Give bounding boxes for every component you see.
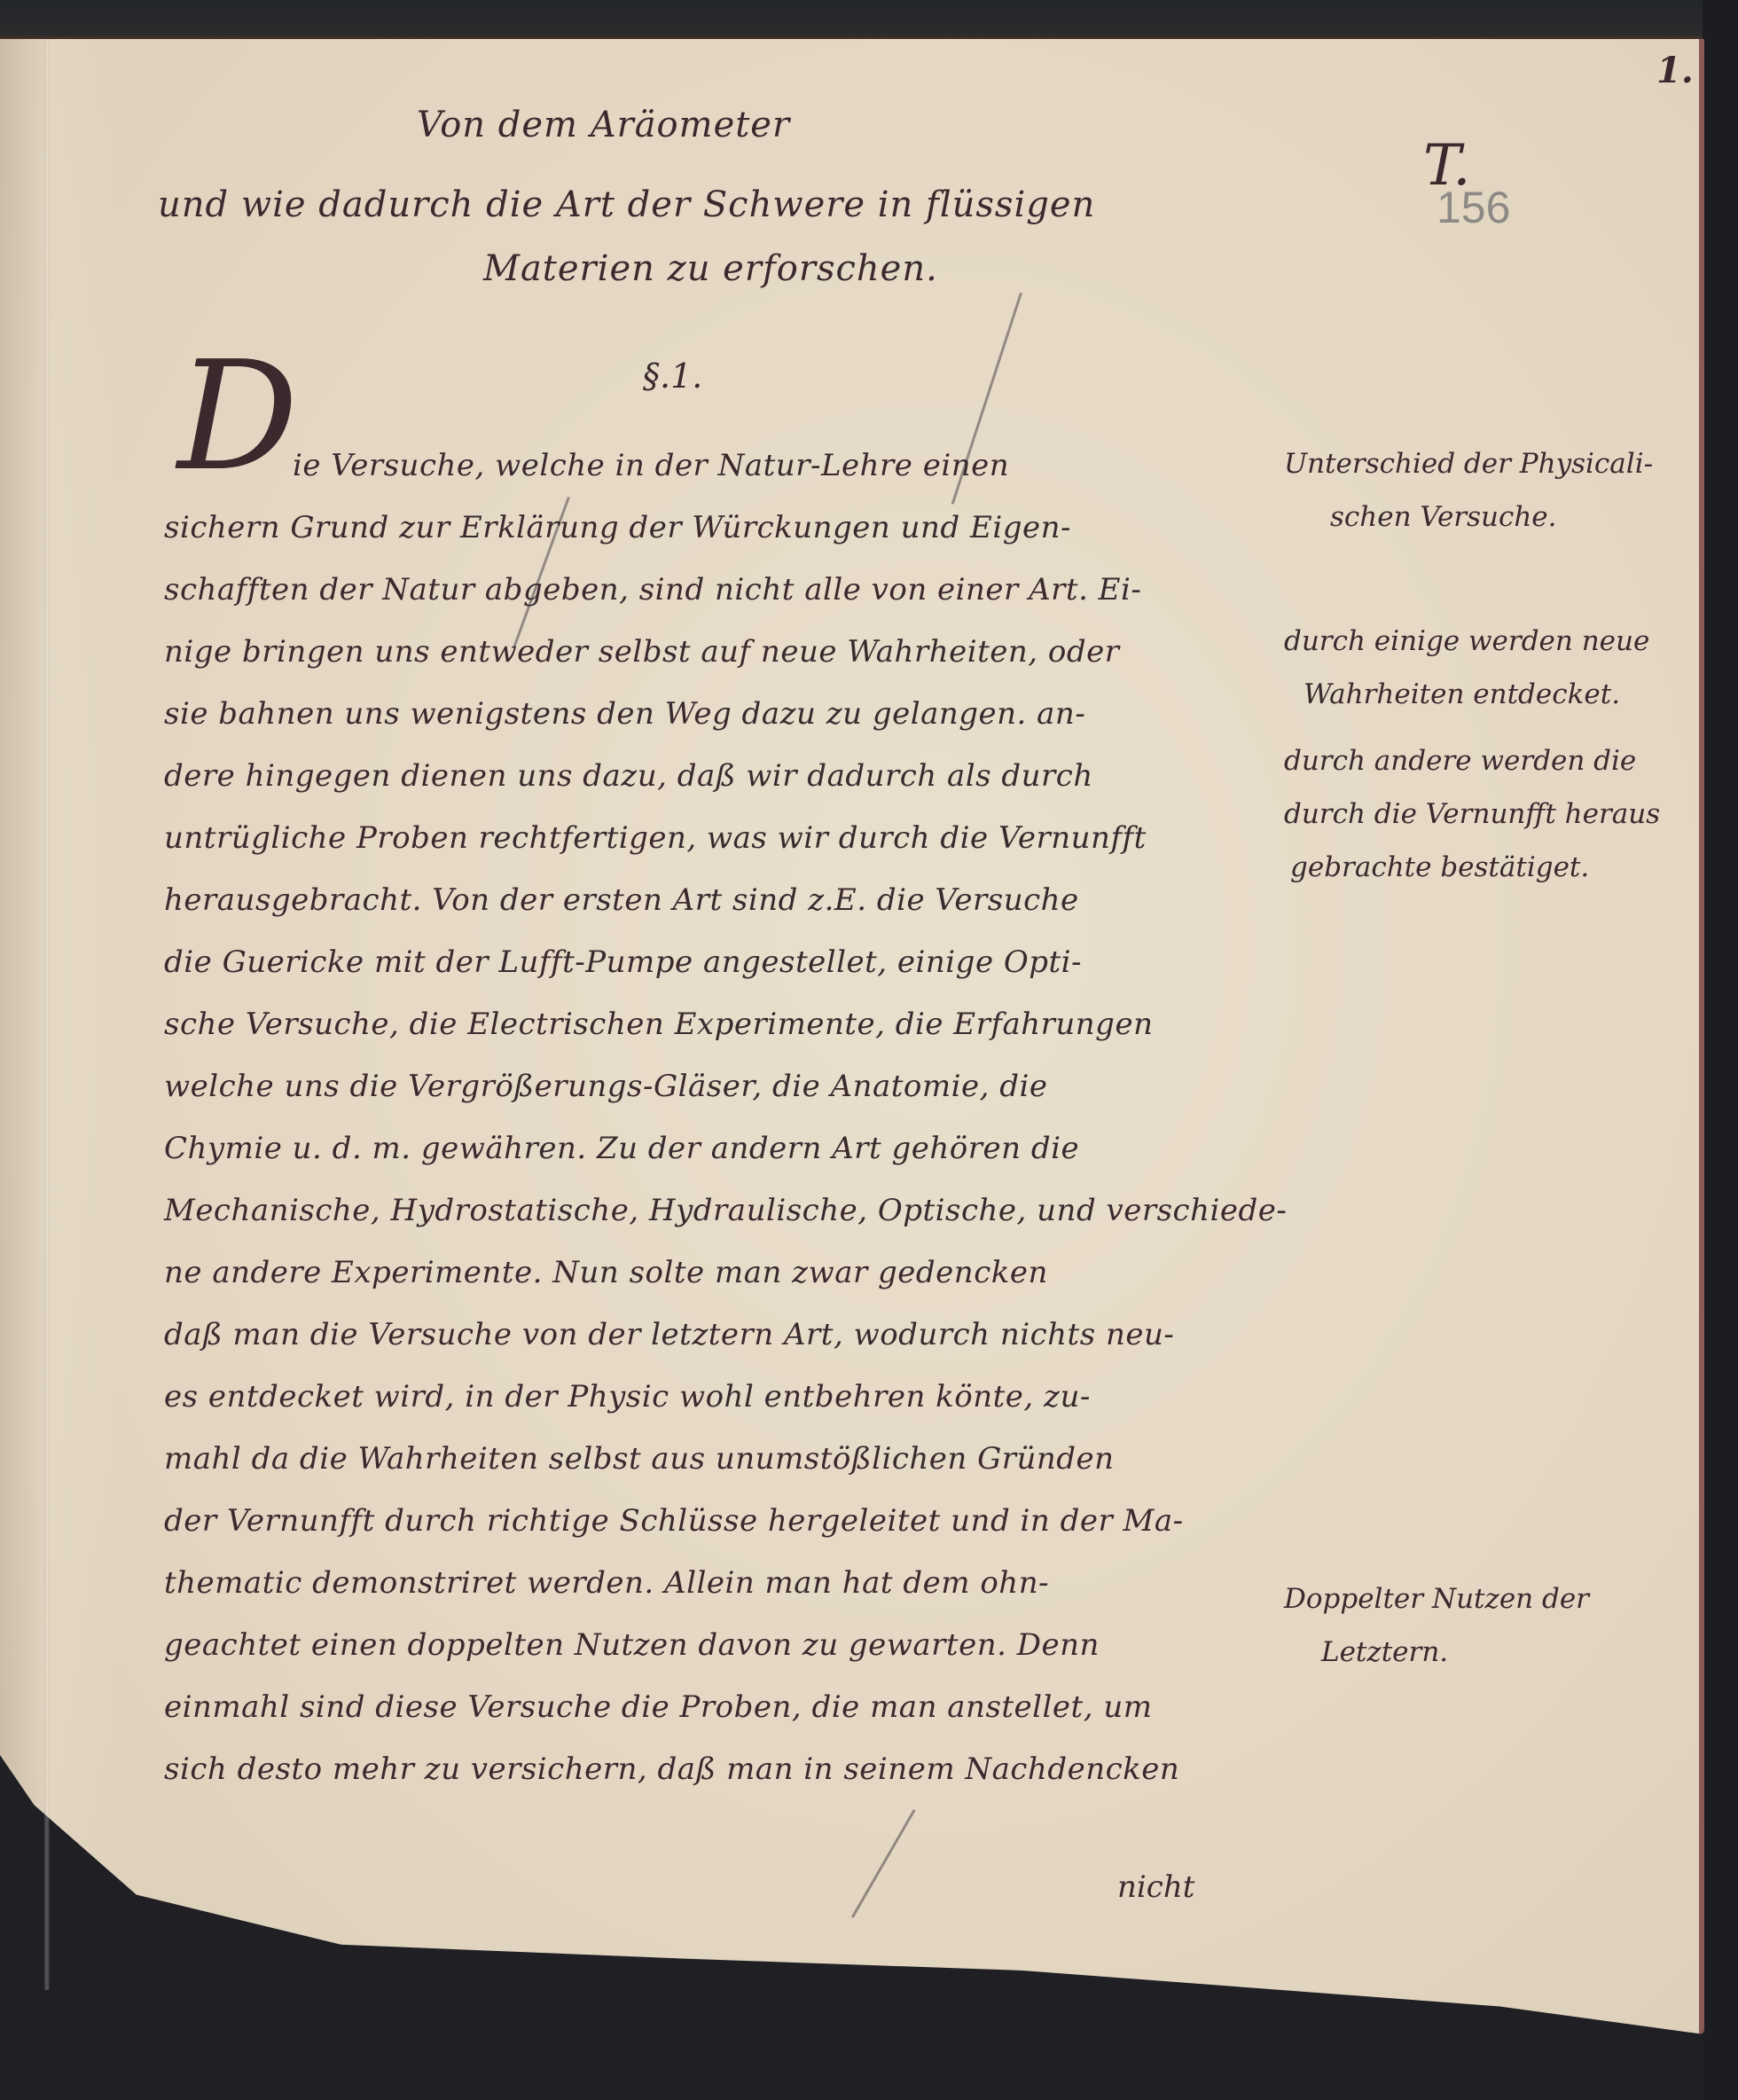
drop-cap: D	[177, 341, 298, 492]
margin-note-line: Doppelter Nutzen der	[1284, 1583, 1589, 1615]
margin-note-line: Wahrheiten entdecket.	[1303, 678, 1620, 710]
body-line: der Vernunfft durch richtige Schlüsse he…	[164, 1503, 1184, 1539]
folio-number: 1.	[1656, 50, 1694, 91]
margin-note-line: Letztern.	[1321, 1636, 1448, 1668]
body-line: sche Versuche, die Electrischen Experime…	[164, 1007, 1153, 1042]
body-line: sichern Grund zur Erklärung der Würckung…	[164, 510, 1071, 545]
body-line: welche uns die Vergrößerungs-Gläser, die…	[164, 1069, 1048, 1104]
body-line: mahl da die Wahrheiten selbst aus unumst…	[164, 1441, 1115, 1477]
body-line: es entdecket wird, in der Physic wohl en…	[164, 1379, 1091, 1414]
body-line: dere hingegen dienen uns dazu, daß wir d…	[164, 758, 1093, 794]
margin-note-line: durch andere werden die	[1284, 745, 1636, 777]
body-line: daß man die Versuche von der letztern Ar…	[164, 1317, 1174, 1352]
book-cover-top	[0, 0, 1738, 43]
body-line: geachtet einen doppelten Nutzen davon zu…	[164, 1627, 1100, 1663]
body-line: Chymie u. d. m. gewähren. Zu der andern …	[164, 1131, 1079, 1166]
body-line: ie Versuche, welche in der Natur-Lehre e…	[293, 448, 1009, 483]
manuscript-scan: 1. T. 156 Von dem Aräometer und wie dadu…	[0, 0, 1738, 2100]
body-line: untrügliche Proben rechtfertigen, was wi…	[164, 820, 1147, 856]
body-line: ne andere Experimente. Nun solte man zwa…	[164, 1255, 1048, 1290]
body-line: nige bringen uns entweder selbst auf neu…	[164, 634, 1120, 670]
body-line: herausgebracht. Von der ersten Art sind …	[164, 882, 1079, 918]
margin-note-line: durch einige werden neue	[1284, 625, 1649, 657]
body-line: Mechanische, Hydrostatische, Hydraulisch…	[164, 1193, 1287, 1228]
margin-note-line: Unterschied der Physicali-	[1284, 448, 1653, 480]
catchword: nicht	[1117, 1869, 1194, 1905]
section-marker: §.1.	[643, 357, 702, 396]
body-line: sie bahnen uns wenigstens den Weg dazu z…	[164, 696, 1085, 732]
title-line: Von dem Aräometer	[417, 105, 790, 145]
title-line: Materien zu erforschen.	[483, 248, 938, 289]
body-line: einmahl sind diese Versuche die Proben, …	[164, 1689, 1152, 1725]
margin-note-line: durch die Vernunfft heraus	[1284, 798, 1660, 830]
body-line: schafften der Natur abgeben, sind nicht …	[164, 572, 1141, 607]
margin-note-line: schen Versuche.	[1330, 501, 1557, 533]
pencil-page-number: 156	[1437, 182, 1510, 233]
title-line: und wie dadurch die Art der Schwere in f…	[158, 184, 1095, 225]
body-line: thematic demonstriret werden. Allein man…	[164, 1565, 1049, 1601]
page-gutter-fold	[44, 39, 50, 1990]
body-line: sich desto mehr zu versichern, daß man i…	[164, 1751, 1179, 1787]
body-line: die Guericke mit der Lufft-Pumpe angeste…	[164, 944, 1082, 980]
margin-note-line: gebrachte bestätiget.	[1290, 851, 1589, 883]
book-cover-right	[1703, 0, 1738, 2100]
